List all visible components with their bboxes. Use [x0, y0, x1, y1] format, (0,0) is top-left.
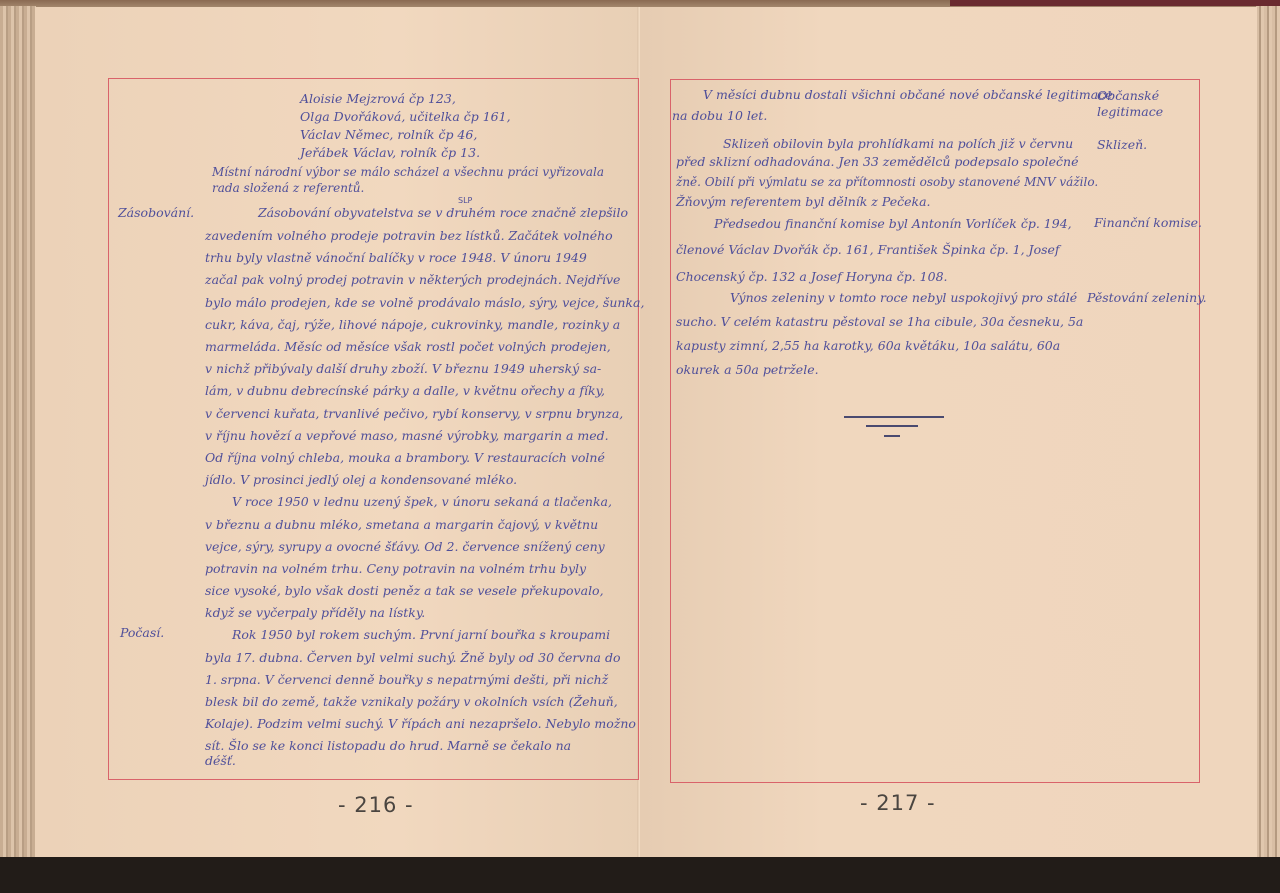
text-line: sice vysoké, bylo však dosti peněz a tak…: [205, 581, 604, 601]
text-line: Sklizeň obilovin byla prohlídkami na pol…: [723, 134, 1073, 154]
text-line: když se vyčerpaly příděly na lístky.: [205, 603, 425, 623]
text-line: začal pak volný prodej potravin v někter…: [205, 270, 620, 290]
page-stack-right-edge: [1256, 6, 1280, 858]
text-line: 1. srpna. V červenci denně bouřky s nepa…: [205, 670, 608, 690]
text-line: okurek a 50a petržele.: [676, 360, 819, 380]
book-cover-top-right: [950, 0, 1280, 6]
text-line: Výnos zeleniny v tomto roce nebyl uspoko…: [730, 288, 1077, 308]
text-line: na dobu 10 let.: [672, 106, 767, 126]
text-line: Předsedou finanční komise byl Antonín Vo…: [714, 214, 1072, 234]
text-line: v červenci kuřata, trvanlivé pečivo, ryb…: [205, 404, 623, 424]
text-line: vejce, sýry, syrupy a ovocné šťávy. Od 2…: [205, 537, 605, 557]
section-end-rule: [866, 425, 918, 427]
section-end-rule: [884, 435, 900, 437]
text-line: V roce 1950 v lednu uzený špek, v únoru …: [232, 492, 612, 512]
margin-label-financni-komise: Finanční komise.: [1094, 215, 1202, 231]
text-line: Kolaje). Podzim velmi suchý. V řípách an…: [205, 714, 636, 734]
text-line: blesk bil do země, takže vznikaly požáry…: [205, 692, 618, 712]
names-list-line: Aloisie Mejzrová čp 123,: [300, 89, 456, 109]
text-line: v březnu a dubnu mléko, smetana a margar…: [205, 515, 598, 535]
margin-label-pestovani-zeleniny: Pěstování zeleniny.: [1087, 290, 1207, 306]
text-line: déšť.: [205, 751, 236, 771]
text-line: byla 17. dubna. Červen byl velmi suchý. …: [205, 648, 620, 668]
page-number-left: - 216 -: [338, 793, 414, 817]
text-line: trhu byly vlastně vánoční balíčky v roce…: [205, 248, 587, 268]
text-line: Zásobování obyvatelstva se v druhém roce…: [258, 203, 628, 223]
text-line: bylo málo prodejen, kde se volně prodáva…: [205, 293, 644, 313]
text-line: Chocenský čp. 132 a Josef Horyna čp. 108…: [676, 267, 948, 287]
intro-line: rada složená z referentů.: [212, 178, 364, 198]
text-line: Rok 1950 byl rokem suchým. První jarní b…: [232, 625, 610, 645]
margin-label-zasobovani: Zásobování.: [118, 205, 194, 221]
text-line: jídlo. V prosinci jedlý olej a kondensov…: [205, 470, 517, 490]
page-number-right: - 217 -: [860, 791, 936, 815]
page-stack-left-edge: [0, 6, 36, 862]
text-line: kapusty zimní, 2,55 ha karotky, 60a květ…: [676, 336, 1060, 356]
section-end-rule: [844, 416, 944, 418]
text-line: cukr, káva, čaj, rýže, lihové nápoje, cu…: [205, 315, 620, 335]
text-line: členové Václav Dvořák čp. 161, František…: [676, 240, 1060, 260]
names-list-line: Olga Dvořáková, učitelka čp 161,: [300, 107, 511, 127]
names-list-line: Jeřábek Václav, rolník čp 13.: [300, 143, 480, 163]
text-line: marmeláda. Měsíc od měsíce však rostl po…: [205, 337, 611, 357]
text-line: sucho. V celém katastru pěstoval se 1ha …: [676, 312, 1083, 332]
text-line: před sklizní odhadována. Jen 33 zemědělc…: [676, 152, 1079, 172]
text-line: sít. Šlo se ke konci listopadu do hrud. …: [205, 736, 571, 756]
margin-label-obcanske-legitimace: Občanské legitimace: [1097, 88, 1167, 120]
names-list-line: Václav Němec, rolník čp 46,: [300, 125, 477, 145]
book-scan: Aloisie Mejzrová čp 123, Olga Dvořáková,…: [0, 0, 1280, 893]
text-line: v říjnu hovězí a vepřové maso, masné výr…: [205, 426, 609, 446]
margin-label-sklizen: Sklizeň.: [1097, 137, 1147, 153]
text-line: Žňovým referentem byl dělník z Pečeka.: [676, 192, 931, 212]
text-line: potravin na volném trhu. Ceny potravin n…: [205, 559, 586, 579]
text-line: Od října volný chleba, mouka a brambory.…: [205, 448, 605, 468]
text-line: žně. Obilí při výmlatu se za přítomnosti…: [676, 172, 1098, 192]
text-line: lám, v dubnu debrecínské párky a dalle, …: [205, 381, 605, 401]
margin-label-pocasi: Počasí.: [120, 625, 164, 641]
text-line: V měsíci dubnu dostali všichni občané no…: [703, 85, 1113, 105]
book-cover-bottom: [0, 857, 1280, 893]
text-line: zavedením volného prodeje potravin bez l…: [205, 226, 613, 246]
text-line: v nichž přibývaly další druhy zboží. V b…: [205, 359, 601, 379]
